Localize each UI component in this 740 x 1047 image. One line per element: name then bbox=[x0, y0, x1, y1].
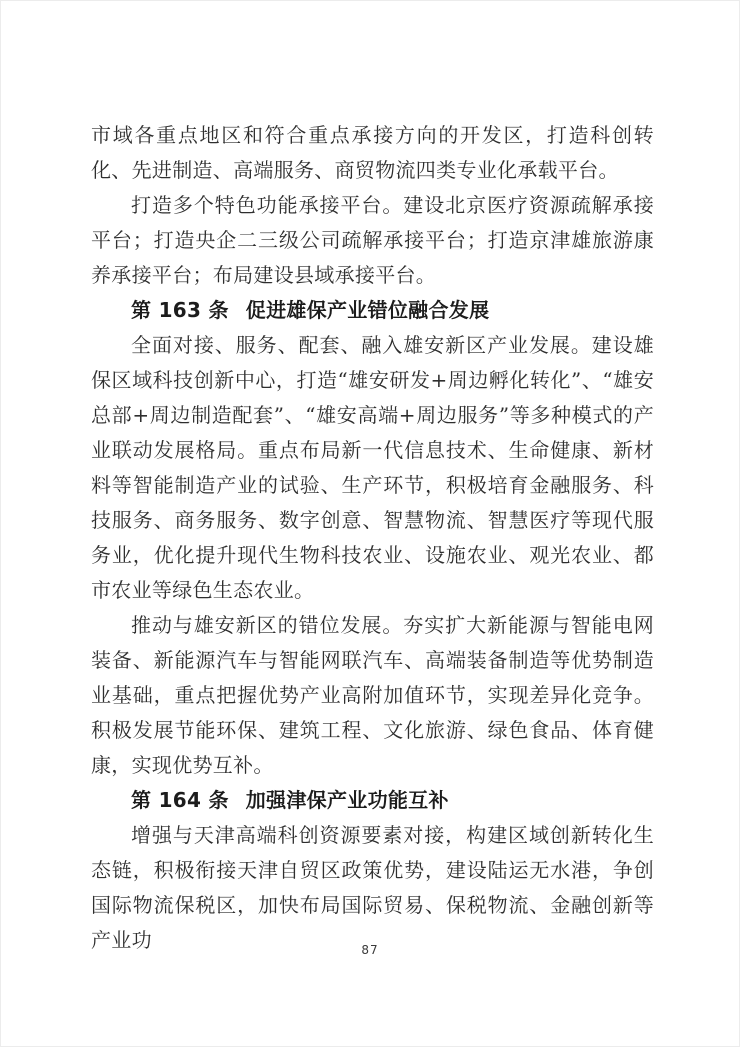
document-body: 市域各重点地区和符合重点承接方向的开发区，打造科创转化、先进制造、高端服务、商贸… bbox=[91, 118, 654, 958]
article-heading: 第 163 条促进雄保产业错位融合发展 bbox=[91, 293, 654, 328]
article-heading: 第 164 条加强津保产业功能互补 bbox=[91, 783, 654, 818]
body-paragraph: 增强与天津高端科创资源要素对接，构建区域创新转化生态链，积极衔接天津自贸区政策优… bbox=[91, 818, 654, 958]
article-number: 第 163 条 bbox=[131, 298, 229, 322]
body-paragraph: 市域各重点地区和符合重点承接方向的开发区，打造科创转化、先进制造、高端服务、商贸… bbox=[91, 118, 654, 188]
body-paragraph: 推动与雄安新区的错位发展。夯实扩大新能源与智能电网装备、新能源汽车与智能网联汽车… bbox=[91, 608, 654, 783]
document-page: 市域各重点地区和符合重点承接方向的开发区，打造科创转化、先进制造、高端服务、商贸… bbox=[0, 0, 740, 1047]
page-number: 87 bbox=[1, 943, 739, 957]
article-title: 加强津保产业功能互补 bbox=[246, 788, 449, 812]
body-paragraph: 打造多个特色功能承接平台。建设北京医疗资源疏解承接平台；打造央企二三级公司疏解承… bbox=[91, 188, 654, 293]
article-title: 促进雄保产业错位融合发展 bbox=[246, 298, 490, 322]
body-paragraph: 全面对接、服务、配套、融入雄安新区产业发展。建设雄保区域科技创新中心，打造“雄安… bbox=[91, 328, 654, 608]
article-number: 第 164 条 bbox=[131, 788, 229, 812]
